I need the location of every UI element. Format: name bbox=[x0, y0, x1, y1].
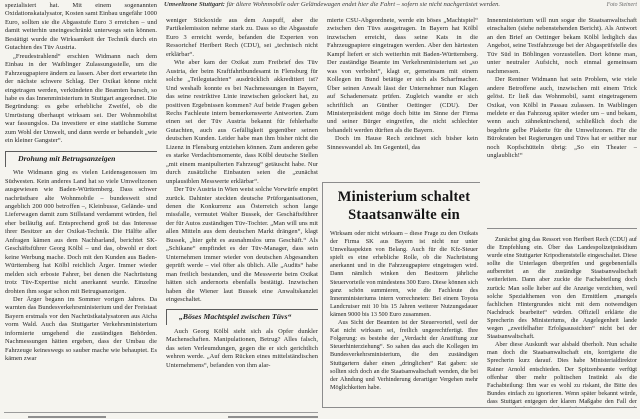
caption-text-wrap: Umweltzone Stuttgart: für ältere Wohnmob… bbox=[164, 1, 500, 9]
column-3: mierte CSU-Abgeordnete, werde ein böses … bbox=[327, 17, 478, 181]
sidebar-paragraph: Aus Sicht der Beamten ist der Steuervort… bbox=[330, 319, 478, 392]
column-4: Innenministerium will nun sogar die Staa… bbox=[487, 17, 637, 223]
column-2: weniger Stickoxide aus dem Auspuff, aber… bbox=[166, 17, 318, 415]
paragraph: Innenministerium will nun sogar die Staa… bbox=[487, 17, 637, 76]
paragraph: „Freudestrahlend“ erschien Widmann nach … bbox=[5, 53, 157, 146]
sidebar-bottom-rule bbox=[322, 407, 637, 408]
sidebar-paragraph-text: Aber diese Auskunft war alsbald überholt… bbox=[487, 341, 637, 408]
paragraph: weniger Stickoxide aus dem Auspuff, aber… bbox=[166, 17, 318, 59]
column-1: spezialisiert hat. Mit einem sogenannten… bbox=[5, 2, 157, 410]
sidebar-paragraph: Zunächst ging das Ressort von Heribert R… bbox=[487, 236, 637, 341]
subhead-label: Drohung mit Betrugsanzeigen bbox=[18, 154, 115, 163]
photo-credit: Foto Steinert bbox=[607, 1, 637, 9]
sidebar-headline: Ministerium schaltet Staatsanwälte ein bbox=[330, 189, 478, 224]
page-bottom-rule bbox=[4, 412, 318, 413]
sidebar-box-left: Ministerium schaltet Staatsanwälte ein W… bbox=[322, 182, 480, 408]
paragraph: mierte CSU-Abgeordnete, werde ein böses … bbox=[327, 17, 478, 135]
paragraph: spezialisiert hat. Mit einem sogenannten… bbox=[5, 2, 157, 53]
newspaper-page: Umweltzone Stuttgart: für ältere Wohnmob… bbox=[0, 0, 640, 419]
subhead-boeses-machtspiel: „Böses Machtspiel zwischen Tüvs“ bbox=[166, 309, 318, 323]
sidebar-box-right: Zunächst ging das Ressort von Heribert R… bbox=[487, 228, 637, 408]
sidebar-paragraph: Aber diese Auskunft war alsbald überholt… bbox=[487, 341, 637, 408]
paragraph: Der Rentner Widmann hat sein Problem, wi… bbox=[487, 76, 637, 161]
paragraph: Der Tüv Austria in Wien weist solche Vor… bbox=[166, 186, 318, 304]
caption-text: für ältere Wohnmobile oder Geländewagen … bbox=[227, 1, 500, 8]
next-article-rule-segment bbox=[28, 416, 106, 418]
paragraph: Wie Widmann ging es vielen Leidensgenoss… bbox=[5, 169, 157, 296]
photo-caption: Umweltzone Stuttgart: für ältere Wohnmob… bbox=[164, 1, 637, 9]
subhead-drohung-mit-betrugsanzeigen: Drohung mit Betrugsanzeigen bbox=[5, 151, 157, 165]
subhead-label: „Böses Machtspiel zwischen Tüvs“ bbox=[179, 312, 291, 321]
next-article-rule-segment bbox=[228, 416, 318, 418]
caption-lead: Umweltzone Stuttgart: bbox=[164, 1, 225, 8]
paragraph: Der Ärger begann im Sommer vorigen Jahre… bbox=[5, 296, 157, 364]
paragraph: Auch Georg Kölbl sieht sich als Opfer du… bbox=[166, 328, 318, 370]
paragraph: Doch im Hause Rech zeichnet sich bisher … bbox=[327, 135, 478, 152]
paragraph: Wie aber kam der Oxikat zum Freibrief de… bbox=[166, 59, 318, 186]
sidebar-paragraph: Wirksam oder nicht wirksam – diese Frage… bbox=[330, 230, 478, 319]
